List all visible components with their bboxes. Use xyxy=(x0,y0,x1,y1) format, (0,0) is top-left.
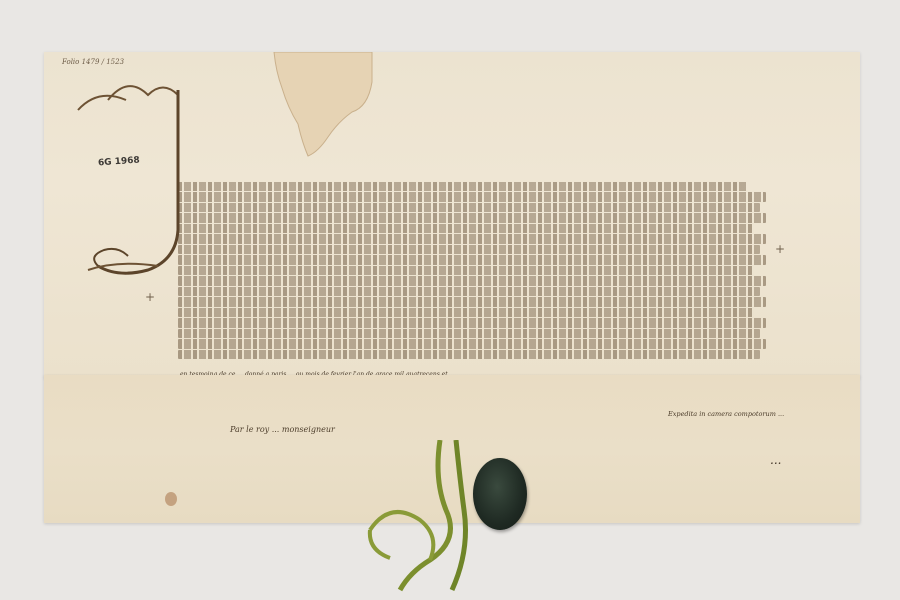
left-subscription: Par le roy ... monseigneur xyxy=(230,425,335,434)
wax-seal xyxy=(473,458,527,530)
archive-note: Folio 1479 / 1523 xyxy=(62,58,124,66)
secretary-signature: ... xyxy=(770,453,781,467)
decorated-initial xyxy=(68,70,188,290)
charter-text-body xyxy=(178,182,778,360)
registration-note: Expedita in camera compotorum ... xyxy=(668,410,848,419)
margin-cross-right: + xyxy=(775,242,785,256)
parchment-stain xyxy=(165,492,177,506)
torn-patch xyxy=(268,52,378,162)
margin-cross-left: + xyxy=(145,290,155,304)
silk-cords xyxy=(360,440,500,600)
